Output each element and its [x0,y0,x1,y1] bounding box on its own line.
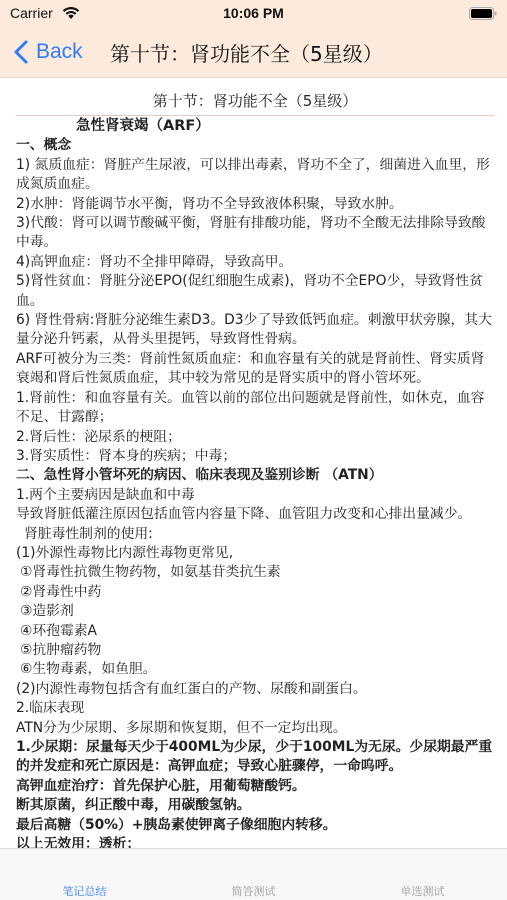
paragraph: 高钾血症治疗：首先保护心脏，用葡萄糖酸钙。 [16,777,494,796]
paragraph: 3)代酸：肾可以调节酸碱平衡，肾脏有排酸功能，肾功不全酸无法排除导致酸中毒。 [16,214,494,253]
document-body: 一、概念1) 氮质血症：肾脏产生尿液，可以排出毒素，肾功不全了，细菌进入血里，形… [16,136,494,848]
paragraph: 断其原菌，纠正酸中毒，用碳酸氢钠。 [16,796,494,815]
list-item: ③造影剂 [16,602,494,621]
paragraph: 4)高钾血症：肾功不全排甲障碍，导致高甲。 [16,253,494,272]
list-item: ④环孢霉素A [16,622,494,641]
tab-single-choice-test[interactable]: 单选测试 [338,883,507,899]
paragraph: 6) 肾性骨病:肾脏分泌维生素D3。D3少了导致低钙血症。刺激甲状旁腺，其大量分… [16,311,494,350]
page-title: 第十节：肾功能不全（5星级） [110,38,383,67]
navigation-bar: Back 第十节：肾功能不全（5星级） [0,28,507,78]
paragraph: 最后高糖（50%）+胰岛素使钾离子像细胞内转移。 [16,816,494,835]
back-label: Back [36,40,83,64]
paragraph: 导致肾脏低灌注原因包括血管内容量下降、血管阻力改变和心排出量减少。 [16,505,494,524]
paragraph: (2)内源性毒物包括含有血红蛋白的产物、尿酸和副蛋白。 [16,680,494,699]
paragraph: 2)水肿：肾能调节水平衡，肾功不全导致液体积聚，导致水肿。 [16,195,494,214]
paragraph: ARF可被分为三类：肾前性氮质血症：和血容量有关的就是肾前性、肾实质肾衰竭和肾后… [16,350,494,389]
list-item: ⑥生物毒素，如鱼胆。 [16,660,494,679]
paragraph: 1.少尿期：尿量每天少于400ML为少尿，少于100ML为无尿。少尿期最严重的并… [16,738,494,777]
chevron-left-icon [14,40,28,64]
tab-short-answer-test[interactable]: 简答测试 [169,883,338,899]
list-item: ①肾毒性抗微生物药物，如氨基苷类抗生素 [16,563,494,582]
paragraph: 1.两个主要病因是缺血和中毒 [16,486,494,505]
paragraph: ATN分为少尿期、多尿期和恢复期，但不一定均出现。 [16,719,494,738]
document-subtitle: 急性肾衰竭（ARF） [16,117,494,136]
list-item: ②肾毒性中药 [16,583,494,602]
status-bar: Carrier 10:06 PM [0,0,507,28]
paragraph: 1) 氮质血症：肾脏产生尿液，可以排出毒素，肾功不全了，细菌进入血里，形成氮质血… [16,156,494,195]
tab-bar: 笔记总结 简答测试 单选测试 [0,848,507,900]
paragraph: 3.肾实质性：肾本身的疾病；中毒； [16,447,494,466]
document-title: 第十节：肾功能不全（5星级） [16,90,494,116]
tab-notes-summary[interactable]: 笔记总结 [0,883,169,899]
document: 第十节：肾功能不全（5星级） 急性肾衰竭（ARF） 一、概念1) 氮质血症：肾脏… [16,90,494,848]
section-heading: 二、急性肾小管坏死的病因、临床表现及鉴别诊断 （ATN） [16,466,494,485]
paragraph: 肾脏毒性制剂的使用: [16,525,494,544]
battery-icon [469,7,497,20]
paragraph: 5)肾性贫血：肾脏分泌EPO(促红细胞生成素)，肾功不全EPO少，导致肾性贫血。 [16,272,494,311]
section-heading: 一、概念 [16,136,494,155]
top-bar-area: Carrier 10:06 PM Back 第十节：肾功能不全（5星级） [0,0,507,78]
list-item: ⑤抗肿瘤药物 [16,641,494,660]
notes-content-scroll[interactable]: 第十节：肾功能不全（5星级） 急性肾衰竭（ARF） 一、概念1) 氮质血症：肾脏… [0,78,507,848]
paragraph: 2.肾后性：泌尿系的梗阻； [16,428,494,447]
paragraph: (1)外源性毒物比内源性毒物更常见, [16,544,494,563]
status-time: 10:06 PM [0,5,507,21]
paragraph: 2.临床表现 [16,699,494,718]
back-button[interactable]: Back [14,37,83,67]
paragraph: 1.肾前性：和血容量有关。血管以前的部位出问题就是肾前性，如休克，血容不足、甘露… [16,389,494,428]
paragraph: 以上无效用：透析； [16,835,494,848]
